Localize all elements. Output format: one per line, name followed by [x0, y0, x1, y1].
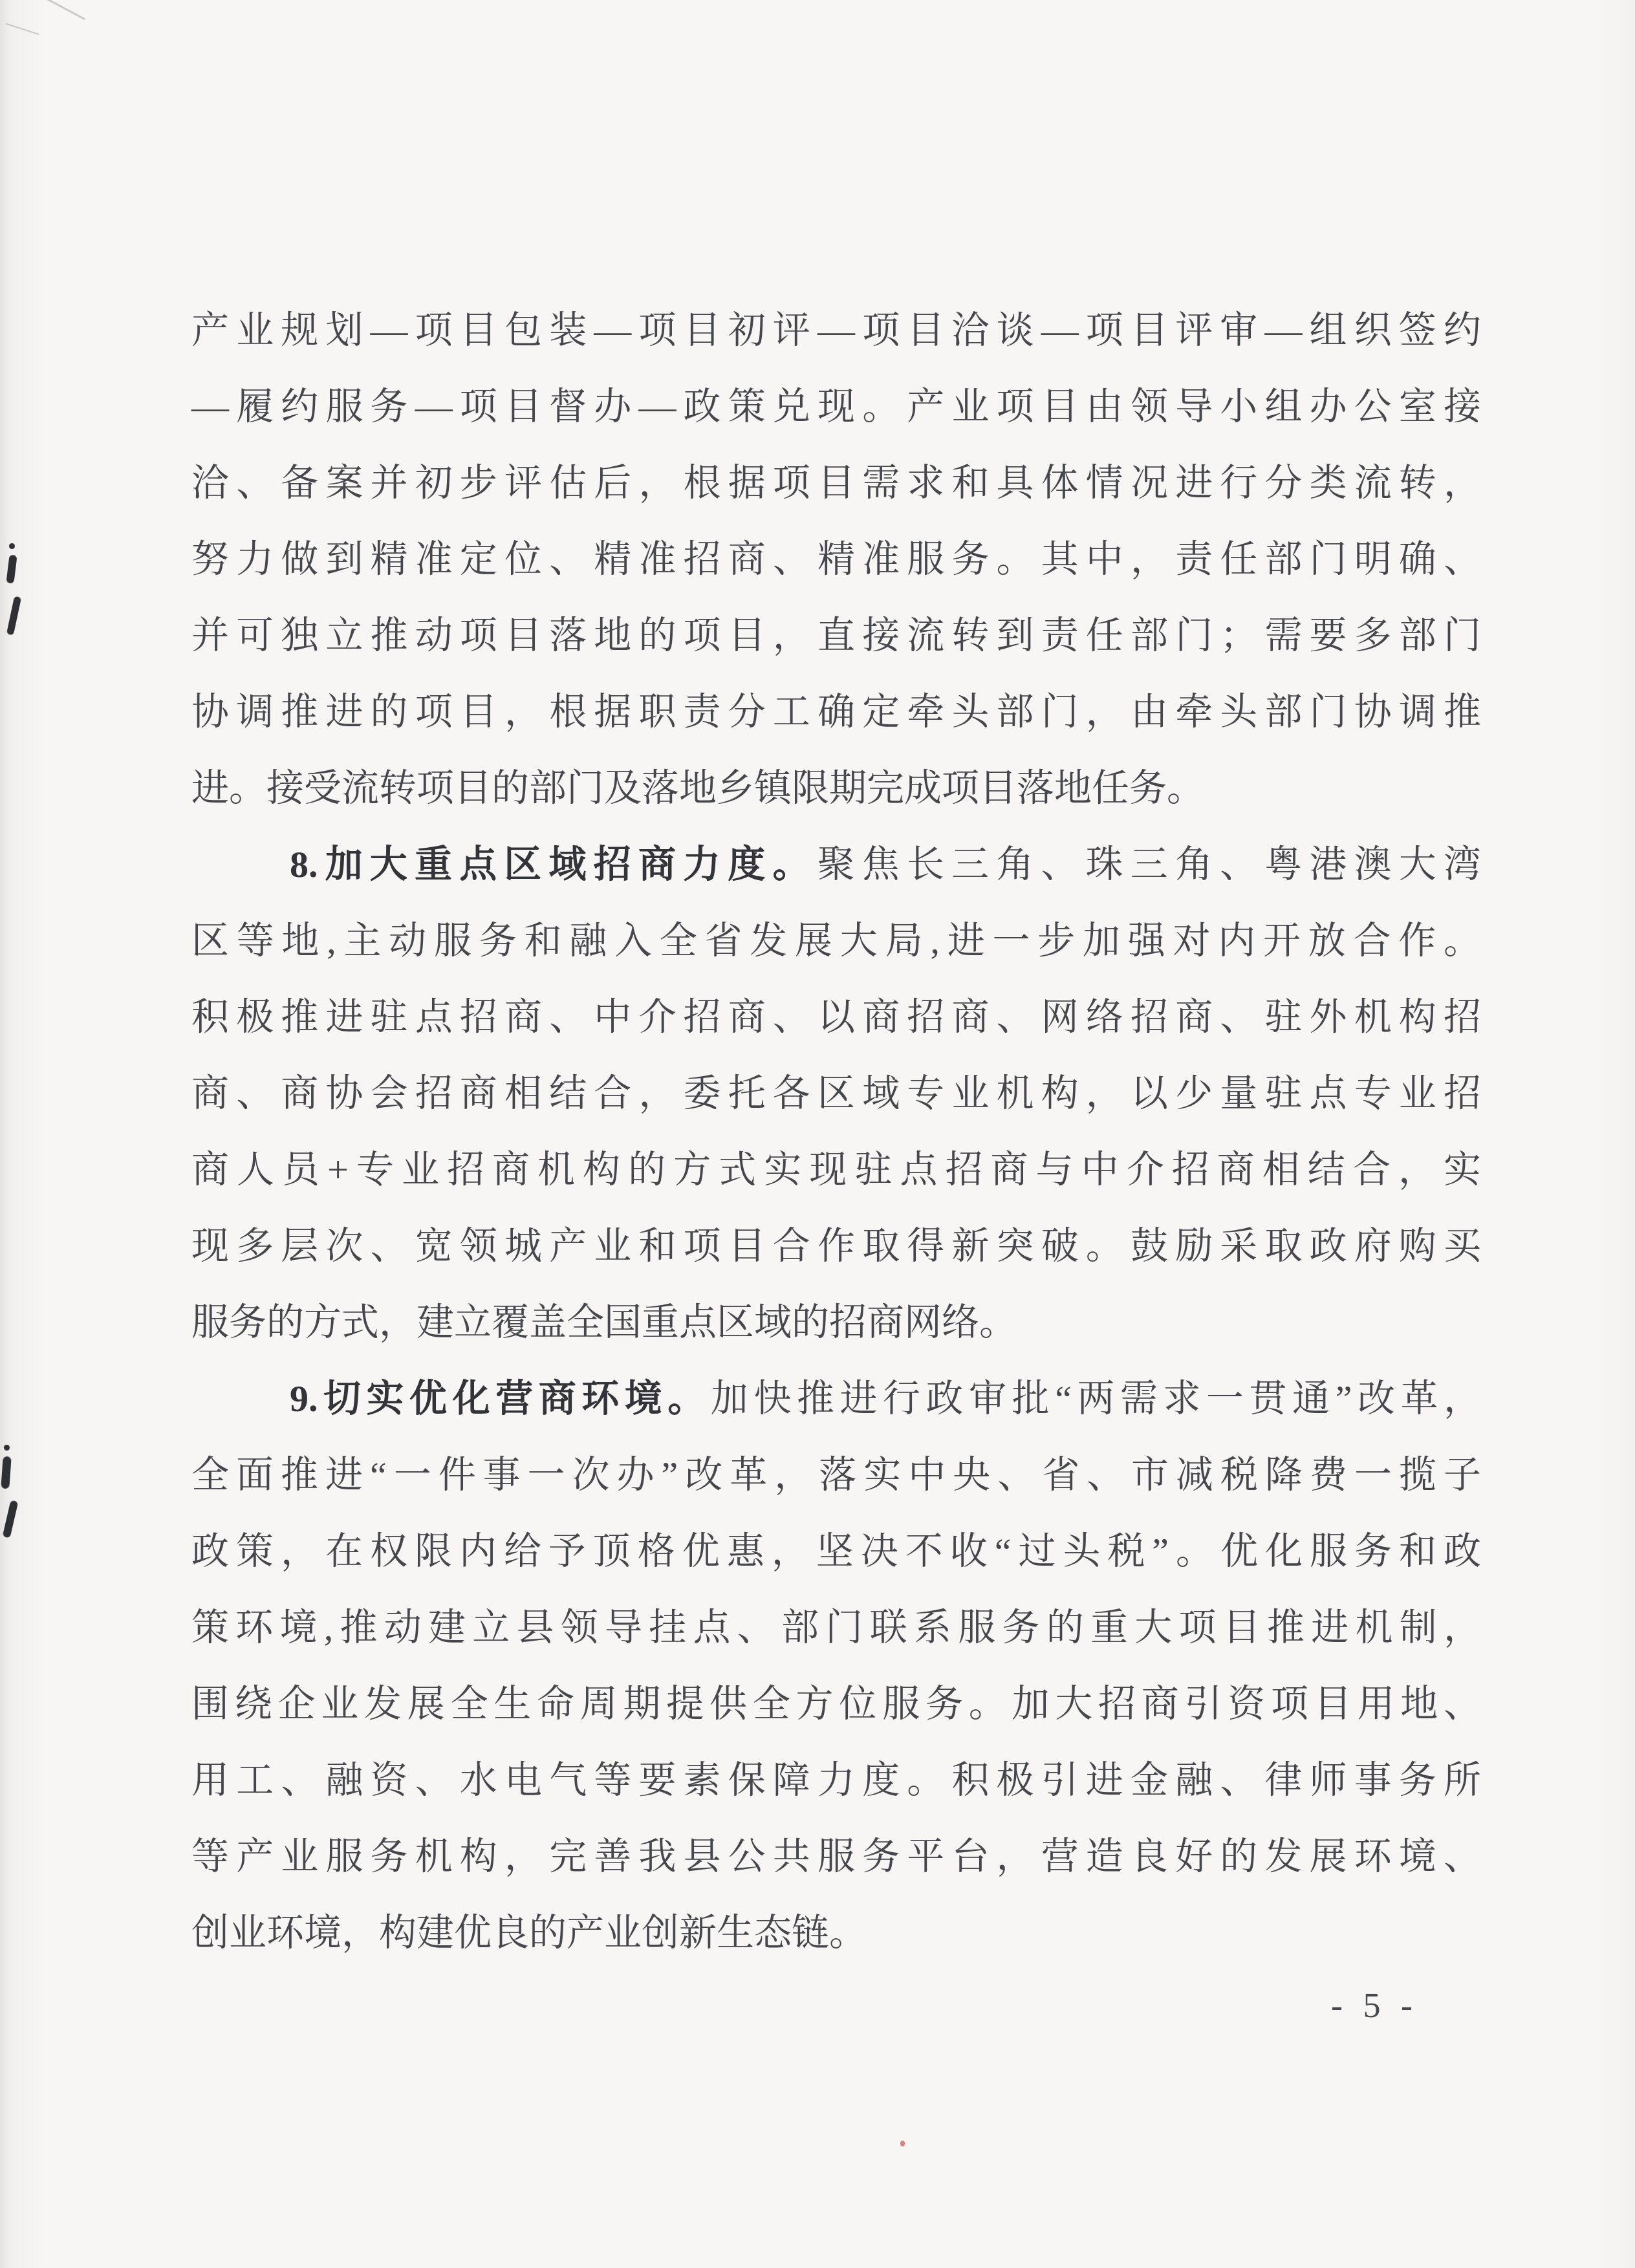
heading-run: 8.加大重点区域招商力度。	[290, 843, 817, 885]
page-number: - 5 -	[1331, 1985, 1418, 2025]
text-line: 区等地,主动服务和融入全省发展大局,进一步加强对内开放合作。	[191, 903, 1481, 979]
body-run: 现多层次、宽领城产业和项目合作取得新突破。鼓励采取政府购买	[191, 1225, 1481, 1267]
text-line: 创业环境，构建优良的产业创新生态链。	[191, 1895, 1481, 1971]
body-run: 积极推进驻点招商、中介招商、以商招商、网络招商、驻外机构招	[191, 996, 1481, 1038]
body-run: 协调推进的项目，根据职责分工确定牵头部门，由牵头部门协调推	[191, 691, 1481, 733]
binding-mark	[1, 1456, 11, 1489]
text-line: 进。接受流转项目的部门及落地乡镇限期完成项目落地任务。	[191, 750, 1481, 826]
text-line: 现多层次、宽领城产业和项目合作取得新突破。鼓励采取政府购买	[191, 1208, 1481, 1284]
text-line: 商、商协会招商相结合，委托各区域专业机构，以少量驻点专业招	[191, 1055, 1481, 1132]
scan-fold-line	[6, 23, 39, 36]
text-line: 等产业服务机构，完善我县公共服务平台，营造良好的发展环境、	[191, 1819, 1481, 1895]
body-run: 洽、备案并初步评估后，根据项目需求和具体情况进行分类流转，	[191, 462, 1481, 504]
body-run: 策环境,推动建立县领导挂点、部门联系服务的重大项目推进机制，	[191, 1606, 1481, 1648]
binding-mark	[9, 543, 15, 549]
binding-mark	[4, 1445, 10, 1451]
body-run: 区等地,主动服务和融入全省发展大局,进一步加强对内开放合作。	[191, 920, 1481, 962]
scan-fold-line	[40, 0, 85, 20]
body-run: 进。接受流转项目的部门及落地乡镇限期完成项目落地任务。	[191, 767, 1204, 809]
text-line: 努力做到精准定位、精准招商、精准服务。其中，责任部门明确、	[191, 521, 1481, 598]
binding-mark	[3, 1500, 19, 1538]
text-line: 服务的方式，建立覆盖全国重点区域的招商网络。	[191, 1284, 1481, 1361]
text-line: 协调推进的项目，根据职责分工确定牵头部门，由牵头部门协调推	[191, 674, 1481, 750]
scan-speck	[900, 2141, 905, 2146]
body-run: 加快推进行政审批“两需求一贯通”改革，	[711, 1377, 1481, 1420]
body-run: 努力做到精准定位、精准招商、精准服务。其中，责任部门明确、	[191, 538, 1481, 580]
text-line: 用工、融资、水电气等要素保障力度。积极引进金融、律师事务所	[191, 1742, 1481, 1819]
text-line: 产业规划—项目包装—项目初评—项目洽谈—项目评审—组织签约	[191, 292, 1481, 369]
heading-run: 9.切实优化营商环境。	[290, 1377, 711, 1420]
document-body: 产业规划—项目包装—项目初评—项目洽谈—项目评审—组织签约 —履约服务—项目督办…	[191, 292, 1481, 1971]
section-heading-line-9: 9.切实优化营商环境。加快推进行政审批“两需求一贯通”改革，	[191, 1361, 1481, 1437]
body-run: 产业规划—项目包装—项目初评—项目洽谈—项目评审—组织签约	[191, 309, 1481, 351]
body-run: 并可独立推动项目落地的项目，直接流转到责任部门；需要多部门	[191, 614, 1481, 656]
body-run: 全面推进“一件事一次办”改革，落实中央、省、市减税降费一揽子	[191, 1454, 1481, 1496]
text-line: 围绕企业发展全生命周期提供全方位服务。加大招商引资项目用地、	[191, 1666, 1481, 1742]
text-line: 积极推进驻点招商、中介招商、以商招商、网络招商、驻外机构招	[191, 979, 1481, 1055]
text-line: 策环境,推动建立县领导挂点、部门联系服务的重大项目推进机制，	[191, 1590, 1481, 1666]
binding-mark	[6, 554, 17, 583]
body-run: —履约服务—项目督办—政策兑现。产业项目由领导小组办公室接	[191, 385, 1481, 427]
body-run: 政策，在权限内给予顶格优惠，坚决不收“过头税”。优化服务和政	[191, 1530, 1481, 1572]
text-line: —履约服务—项目督办—政策兑现。产业项目由领导小组办公室接	[191, 369, 1481, 445]
text-line: 并可独立推动项目落地的项目，直接流转到责任部门；需要多部门	[191, 598, 1481, 674]
text-line: 全面推进“一件事一次办”改革，落实中央、省、市减税降费一揽子	[191, 1437, 1481, 1513]
body-run: 用工、融资、水电气等要素保障力度。积极引进金融、律师事务所	[191, 1759, 1481, 1801]
text-line: 洽、备案并初步评估后，根据项目需求和具体情况进行分类流转，	[191, 445, 1481, 521]
body-run: 围绕企业发展全生命周期提供全方位服务。加大招商引资项目用地、	[191, 1683, 1481, 1725]
text-line: 政策，在权限内给予顶格优惠，坚决不收“过头税”。优化服务和政	[191, 1513, 1481, 1590]
body-run: 聚焦长三角、珠三角、粤港澳大湾	[817, 843, 1481, 885]
section-heading-line-8: 8.加大重点区域招商力度。聚焦长三角、珠三角、粤港澳大湾	[191, 826, 1481, 903]
body-run: 创业环境，构建优良的产业创新生态链。	[191, 1912, 867, 1954]
body-run: 商人员+专业招商机构的方式实现驻点招商与中介招商相结合，实	[191, 1149, 1481, 1191]
binding-mark	[6, 596, 21, 636]
body-run: 服务的方式，建立覆盖全国重点区域的招商网络。	[191, 1301, 1017, 1343]
body-run: 商、商协会招商相结合，委托各区域专业机构，以少量驻点专业招	[191, 1072, 1481, 1114]
body-run: 等产业服务机构，完善我县公共服务平台，营造良好的发展环境、	[191, 1835, 1481, 1877]
text-line: 商人员+专业招商机构的方式实现驻点招商与中介招商相结合，实	[191, 1132, 1481, 1208]
scanned-document-page: 产业规划—项目包装—项目初评—项目洽谈—项目评审—组织签约 —履约服务—项目督办…	[0, 0, 1635, 2268]
